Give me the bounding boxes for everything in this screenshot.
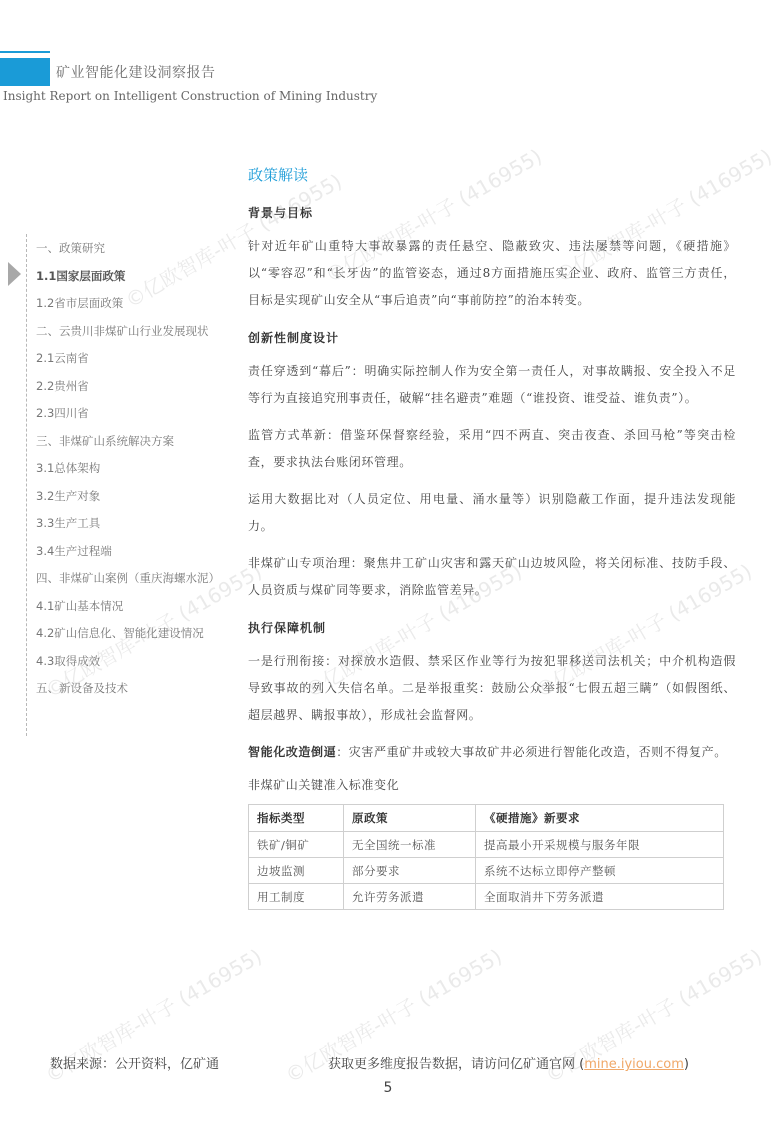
table-cell: 无全国统一标准 (344, 832, 476, 858)
table-of-contents: 一、政策研究 1.1国家层面政策 1.2省市层面政策 二、云贵川非煤矿山行业发展… (26, 234, 237, 736)
table-cell: 用工制度 (249, 884, 344, 910)
toc-item[interactable]: 二、云贵川非煤矿山行业发展现状 (27, 321, 237, 349)
paragraph-emphasis: 智能化改造倒逼：灾害严重矿井或较大事故矿井必须进行智能化改造，否则不得复产。 (248, 739, 736, 766)
toc-item[interactable]: 四、非煤矿山案例（重庆海螺水泥） (27, 568, 237, 596)
report-title: 矿业智能化建设洞察报告 (56, 62, 216, 82)
toc-item[interactable]: 3.4生产过程端 (27, 541, 237, 569)
toc-item[interactable]: 2.2贵州省 (27, 376, 237, 404)
active-section-arrow-icon (8, 262, 21, 286)
table-caption: 非煤矿山关键准入标准变化 (248, 776, 736, 793)
toc-item[interactable]: 3.2生产对象 (27, 486, 237, 514)
table-cell: 边坡监测 (249, 858, 344, 884)
toc-item[interactable]: 2.1云南省 (27, 348, 237, 376)
report-subtitle: Insight Report on Intelligent Constructi… (3, 89, 377, 103)
website-promo: 获取更多维度报告数据，请访问亿矿通官网 (mine.iyiou.com) (328, 1053, 689, 1072)
paragraph: 运用大数据比对（人员定位、用电量、涌水量等）识别隐蔽工作面，提升违法发现能力。 (248, 486, 736, 540)
table-row: 边坡监测 部分要求 系统不达标立即停产整顿 (249, 858, 724, 884)
promo-suffix: ) (684, 1057, 689, 1072)
paragraph: 针对近年矿山重特大事故暴露的责任悬空、隐蔽致灾、违法屡禁等问题，《硬措施》以“零… (248, 233, 736, 314)
toc-item[interactable]: 三、非煤矿山系统解决方案 (27, 431, 237, 459)
standards-table: 指标类型 原政策 《硬措施》新要求 铁矿/铜矿 无全国统一标准 提高最小开采规模… (248, 804, 724, 910)
promo-text: 获取更多维度报告数据，请访问亿矿通官网 ( (328, 1057, 584, 1072)
paragraph: 监管方式革新：借鉴环保督察经验，采用“四不两直、突击夜查、杀回马枪”等突击检查，… (248, 422, 736, 476)
table-cell: 部分要求 (344, 858, 476, 884)
table-header-cell: 原政策 (344, 805, 476, 832)
table-header-cell: 《硬措施》新要求 (476, 805, 724, 832)
section-title: 政策解读 (248, 163, 736, 187)
page-number: 5 (0, 1080, 776, 1096)
main-content: 政策解读 背景与目标 针对近年矿山重特大事故暴露的责任悬空、隐蔽致灾、违法屡禁等… (248, 163, 736, 910)
table-row: 铁矿/铜矿 无全国统一标准 提高最小开采规模与服务年限 (249, 832, 724, 858)
table-cell: 提高最小开采规模与服务年限 (476, 832, 724, 858)
table-header-row: 指标类型 原政策 《硬措施》新要求 (249, 805, 724, 832)
subheading-enforcement: 执行保障机制 (248, 618, 736, 638)
table-header-cell: 指标类型 (249, 805, 344, 832)
toc-item[interactable]: 3.1总体架构 (27, 458, 237, 486)
toc-item[interactable]: 4.3取得成效 (27, 651, 237, 679)
table-row: 用工制度 允许劳务派遣 全面取消井下劳务派遣 (249, 884, 724, 910)
paragraph: 责任穿透到“幕后”：明确实际控制人作为安全第一责任人，对事故瞒报、安全投入不足等… (248, 358, 736, 412)
paragraph: 一是行刑衔接：对探放水造假、禁采区作业等行为按犯罪移送司法机关；中介机构造假导致… (248, 648, 736, 729)
toc-item[interactable]: 4.2矿山信息化、智能化建设情况 (27, 623, 237, 651)
subheading-background: 背景与目标 (248, 203, 736, 223)
toc-item[interactable]: 1.2省市层面政策 (27, 293, 237, 321)
toc-item[interactable]: 一、政策研究 (27, 238, 237, 266)
toc-item-active[interactable]: 1.1国家层面政策 (27, 266, 237, 294)
header-accent-line (0, 51, 50, 53)
website-link[interactable]: mine.iyiou.com (584, 1057, 684, 1072)
table-cell: 全面取消井下劳务派遣 (476, 884, 724, 910)
subheading-innovation: 创新性制度设计 (248, 328, 736, 348)
header-accent-block (0, 58, 50, 86)
toc-item[interactable]: 3.3生产工具 (27, 513, 237, 541)
toc-item[interactable]: 五、新设备及技术 (27, 678, 237, 706)
toc-item[interactable]: 4.1矿山基本情况 (27, 596, 237, 624)
emphasis-label: 智能化改造倒逼 (248, 745, 336, 759)
emphasis-text: ：灾害严重矿井或较大事故矿井必须进行智能化改造，否则不得复产。 (336, 745, 727, 759)
table-cell: 允许劳务派遣 (344, 884, 476, 910)
data-source-note: 数据来源：公开资料，亿矿通 (50, 1053, 219, 1072)
toc-item[interactable]: 2.3四川省 (27, 403, 237, 431)
paragraph: 非煤矿山专项治理：聚焦井工矿山灾害和露天矿山边坡风险，将关闭标准、技防手段、人员… (248, 550, 736, 604)
table-cell: 铁矿/铜矿 (249, 832, 344, 858)
table-cell: 系统不达标立即停产整顿 (476, 858, 724, 884)
